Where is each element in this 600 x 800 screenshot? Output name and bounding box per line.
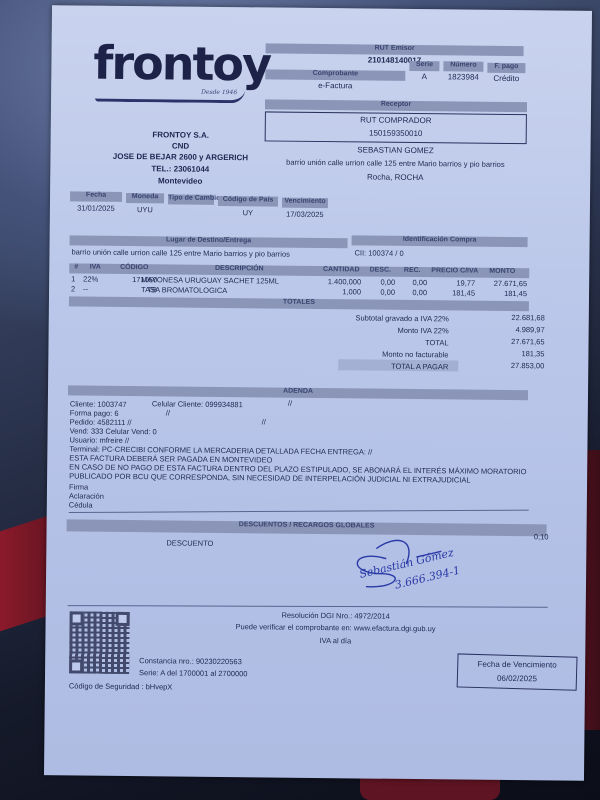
compra-value: CII: 100374 / 0	[354, 248, 403, 258]
items-cell: 1.400,000	[321, 277, 361, 286]
totales-value: 22.681,68	[469, 313, 545, 323]
company-name: FRONTOY S.A.	[111, 130, 251, 140]
items-cell: 181,45	[431, 288, 475, 297]
invoice-paper: frontoy Desde 1946 FRONTOY S.A. CND JOSE…	[44, 5, 592, 781]
items-header: CANTIDAD	[321, 266, 361, 273]
info-value: 17/03/2025	[282, 210, 328, 219]
totales-value: 4.989,97	[469, 325, 545, 335]
totales-value: 27.853,00	[468, 361, 544, 371]
vencimiento-value: 06/02/2025	[457, 673, 577, 683]
comprobante-label: Comprobante	[265, 69, 405, 77]
serie-rango: Serie: A del 1700001 al 2700000	[139, 668, 248, 678]
items-cell: 0,00	[365, 277, 395, 286]
totales-value: 27.671,65	[469, 337, 545, 347]
items-cell: 181,45	[477, 289, 527, 299]
numero-value: 1823984	[443, 72, 483, 81]
adenda-cedula: Cédula	[69, 500, 93, 509]
serie-label: Serie	[409, 61, 439, 68]
info-header: Moneda	[126, 193, 164, 200]
comprobante-value: e-Factura	[265, 80, 405, 90]
info-header: Fecha	[70, 191, 122, 199]
info-value: UYU	[126, 205, 164, 214]
descuento-item: DESCUENTO	[166, 538, 213, 547]
numero-label: Número	[443, 61, 483, 68]
adenda-separator: //	[288, 399, 292, 408]
adenda-aclaracion: Aclaración	[69, 491, 104, 500]
serie-value: A	[409, 72, 439, 81]
info-value: 31/01/2025	[70, 203, 122, 213]
qr-code-icon	[69, 611, 130, 674]
items-cell: 0,00	[397, 288, 427, 297]
iva-al-dia: IVA al día	[195, 635, 475, 647]
receptor-name: SEBASTIAN GOMEZ	[265, 144, 527, 156]
resolucion-dgi: Resolución DGI Nro.: 4972/2014	[196, 610, 476, 622]
info-value: UY	[218, 208, 278, 218]
totales-label: Monto no facturable	[288, 349, 448, 360]
totales-label: Monto IVA 22%	[289, 325, 449, 336]
items-cell: 19,77	[431, 278, 475, 287]
company-branch: CND	[111, 141, 251, 151]
items-header: PRECIO C/IVA	[431, 267, 475, 274]
totales-label: TOTAL	[288, 337, 448, 348]
items-header: MONTO	[477, 268, 527, 276]
totales-label: TOTAL A PAGAR	[288, 361, 448, 372]
items-cell: 0,00	[397, 278, 427, 287]
items-header: CÓDIGO	[111, 264, 157, 271]
info-header: Vencimiento	[282, 198, 328, 205]
fpago-value: Crédito	[487, 74, 525, 83]
adenda-divider	[69, 510, 529, 513]
items-cell: 22%	[83, 275, 107, 284]
info-header: Tipo de Cambio	[168, 194, 214, 201]
adenda-separator: //	[262, 417, 266, 426]
items-cell: --	[83, 285, 107, 294]
items-cell: 1,000	[321, 287, 361, 296]
verificar-link[interactable]: Puede verificar el comprobante en: www.e…	[176, 622, 496, 634]
adenda-firma: Firma	[69, 482, 88, 491]
items-header: REC.	[397, 267, 427, 274]
receptor-address: barrio unión calle urrion calle 125 entr…	[254, 157, 536, 169]
company-phone: TEL.: 23061044	[110, 164, 250, 174]
totales-value: 181,35	[468, 349, 544, 359]
adenda-separator: //	[166, 408, 170, 417]
items-header: DESC.	[365, 266, 395, 273]
items-header: IVA	[83, 264, 107, 271]
fpago-label: F. pago	[487, 63, 525, 70]
items-cell: 1	[71, 274, 81, 283]
constancia-nro: Constancia nro.: 90230220563	[139, 656, 242, 666]
company-city: Montevideo	[110, 176, 250, 186]
rut-emisor-value: 210148140017	[265, 54, 523, 66]
totales-label: Subtotal gravado a IVA 22%	[289, 313, 449, 324]
entrega-value: barrio unión calle urrion calle 125 entr…	[71, 247, 290, 258]
company-address: JOSE DE BEJAR 2600 y ARGERICH	[80, 151, 280, 162]
items-header: #	[71, 263, 81, 270]
items-cell: 0,00	[365, 287, 395, 296]
codigo-seguridad: Código de Seguridad : bHvepX	[69, 681, 172, 691]
receptor-city: Rocha, ROCHA	[264, 171, 526, 183]
items-cell: 27.671,65	[477, 279, 527, 289]
brand-logo: frontoy	[93, 36, 270, 92]
info-header: Código de País	[218, 196, 278, 204]
brand-tagline: Desde 1946	[201, 89, 237, 96]
vencimiento-label: Fecha de Vencimiento	[457, 659, 577, 669]
items-cell: TASA BROMATOLOGICA	[141, 285, 341, 296]
items-cell: 2	[71, 284, 81, 293]
